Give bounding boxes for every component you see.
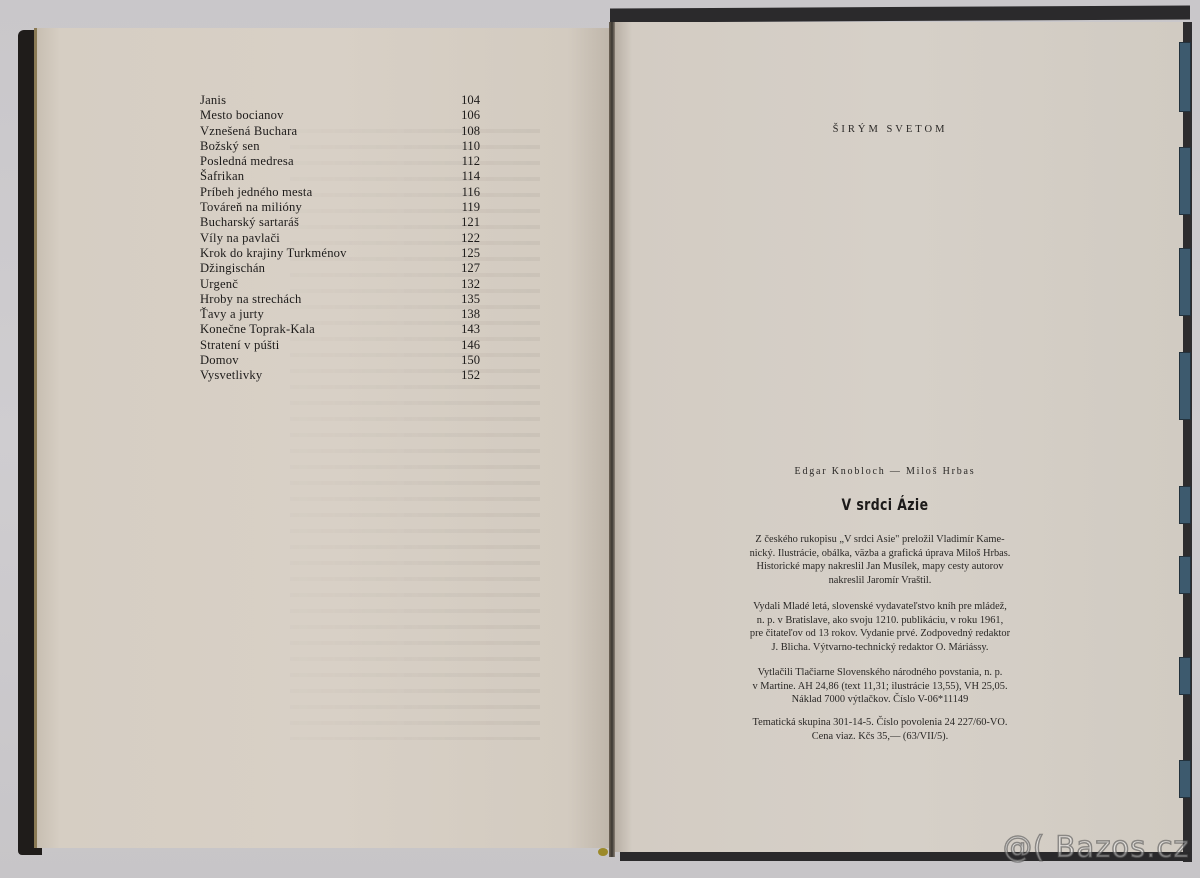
book-cover-top-edge [610,5,1190,22]
book-title: V srdci Ázie [772,495,998,514]
toc-title: Stratení v púšti [200,338,279,353]
table-of-contents: Janis104 Mesto bocianov106 Vznešená Buch… [200,93,480,384]
toc-title: Janis [200,93,226,108]
toc-entry: Mesto bocianov106 [200,108,480,123]
toc-entry: Príbeh jedného mesta116 [200,185,480,200]
imprint-line: n. p. v Bratislave, ako svoju 1210. publ… [730,614,1030,628]
toc-title: Továreň na milióny [200,200,302,215]
toc-entry: Víly na pavlači122 [200,231,480,246]
imprint-line: Vytlačili Tlačiarne Slovenského národnéh… [730,666,1030,680]
toc-entry: Džingischán127 [200,261,480,276]
imprint-line: Historické mapy nakreslil Jan Musílek, m… [730,560,1030,574]
toc-page-number: 150 [461,353,480,368]
toc-title: Hroby na strechách [200,292,302,307]
toc-title: Mesto bocianov [200,108,284,123]
toc-entry: Urgenč132 [200,277,480,292]
page-edge-tab [1179,556,1191,594]
toc-title: Posledná medresa [200,154,294,169]
toc-page-number: 122 [461,231,480,246]
toc-entry: Šafrikan114 [200,169,480,184]
imprint-printer: Vytlačili Tlačiarne Slovenského národnéh… [730,666,1030,707]
page-edge-tab [1179,486,1191,524]
toc-title: Príbeh jedného mesta [200,185,312,200]
toc-page-number: 127 [461,261,480,276]
imprint-publisher: Vydali Mladé letá, slovenské vydavateľst… [730,600,1030,654]
imprint-line: pre čitateľov od 13 rokov. Vydanie prvé.… [730,627,1030,641]
toc-title: Ťavy a jurty [200,307,264,322]
toc-page-number: 121 [461,215,480,230]
toc-page-number: 112 [462,154,480,169]
toc-entry: Vysvetlivky152 [200,368,480,383]
toc-page-number: 138 [461,307,480,322]
imprint-line: nický. Ilustrácie, obálka, väzba a grafi… [730,547,1030,561]
toc-entry: Vznešená Buchara108 [200,124,480,139]
imprint-line: Vydali Mladé letá, slovenské vydavateľst… [730,600,1030,614]
imprint-line: Tematická skupina 301-14-5. Číslo povole… [730,716,1030,730]
toc-title: Vysvetlivky [200,368,262,383]
imprint-line: Náklad 7000 výtlačkov. Číslo V-06*11149 [730,693,1030,707]
toc-title: Víly na pavlači [200,231,280,246]
imprint-line: Cena viaz. Kčs 35,— (63/VII/5). [730,730,1030,744]
toc-page-number: 106 [461,108,480,123]
gutter-stain [598,848,608,856]
imprint-price: Tematická skupina 301-14-5. Číslo povole… [730,716,1030,743]
imprint-line: nakreslil Jaromír Vraštil. [730,574,1030,588]
toc-entry: Domov150 [200,353,480,368]
bazos-watermark: @( Bazos.cz [1003,830,1190,864]
toc-title: Urgenč [200,277,238,292]
book-authors: Edgar Knobloch — Miloš Hrbas [740,466,1030,477]
toc-page-number: 114 [462,169,480,184]
toc-page-number: 146 [461,338,480,353]
toc-entry: Krok do krajiny Turkménov125 [200,246,480,261]
toc-title: Šafrikan [200,169,244,184]
toc-page-number: 116 [462,185,480,200]
toc-page-number: 104 [461,93,480,108]
toc-title: Krok do krajiny Turkménov [200,246,347,261]
toc-entry: Božský sen110 [200,139,480,154]
book-gutter [609,22,615,857]
page-edge-tab [1179,760,1191,798]
toc-title: Bucharský sartaráš [200,215,299,230]
toc-entry: Hroby na strechách135 [200,292,480,307]
imprint-line: v Martine. AH 24,86 (text 11,31; ilustrá… [730,680,1030,694]
page-edge-tab [1179,248,1191,316]
toc-page-number: 135 [461,292,480,307]
toc-entry: Ťavy a jurty138 [200,307,480,322]
toc-entry: Bucharský sartaráš121 [200,215,480,230]
imprint-translation-credits: Z českého rukopisu „V srdci Asie" prelož… [730,533,1030,587]
page-edge-tab [1179,147,1191,215]
toc-entry: Stratení v púšti146 [200,338,480,353]
imprint-line: J. Blicha. Výtvarno-technický redaktor O… [730,641,1030,655]
toc-page-number: 132 [461,277,480,292]
page-edge-tab [1179,352,1191,420]
toc-page-number: 110 [462,139,480,154]
toc-title: Vznešená Buchara [200,124,297,139]
toc-title: Konečne Toprak-Kala [200,322,315,337]
toc-entry: Posledná medresa112 [200,154,480,169]
toc-title: Domov [200,353,239,368]
toc-page-number: 125 [461,246,480,261]
toc-entry: Továreň na milióny119 [200,200,480,215]
toc-page-number: 152 [461,368,480,383]
toc-entry: Konečne Toprak-Kala143 [200,322,480,337]
imprint-line: Z českého rukopisu „V srdci Asie" prelož… [730,533,1030,547]
toc-page-number: 143 [461,322,480,337]
toc-page-number: 119 [462,200,480,215]
page-edge-tab [1179,657,1191,695]
toc-page-number: 108 [461,124,480,139]
series-name: ŠIRÝM SVETOM [790,124,990,135]
toc-title: Božský sen [200,139,260,154]
toc-entry: Janis104 [200,93,480,108]
page-edge-tab [1179,42,1191,112]
toc-title: Džingischán [200,261,265,276]
